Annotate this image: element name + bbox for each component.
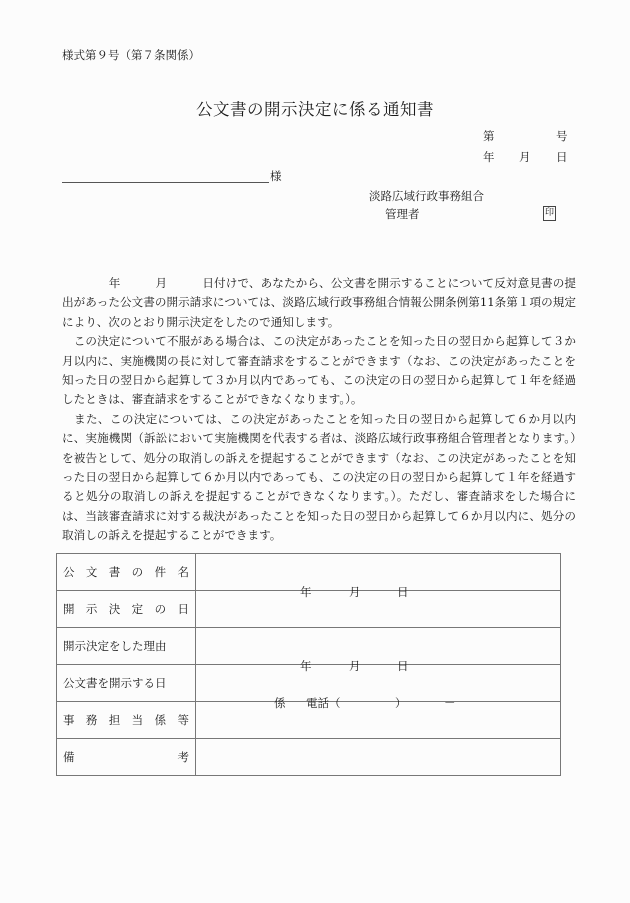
value-decision-date[interactable]: 年 月 日 [196, 591, 561, 628]
label-disclosure-date: 公文書を開示する日 [57, 665, 196, 702]
number-suffix: 号 [556, 128, 568, 144]
addressee-line[interactable] [62, 182, 269, 183]
value-remarks[interactable] [196, 739, 561, 776]
value-document-name[interactable] [196, 554, 561, 591]
section-label: 係 [274, 695, 286, 711]
label-decision-date: 開 示 決 定 の 日 [57, 591, 196, 628]
body-text: 年 月 日付けで、あなたから、公文書を開示することについて反対意見書の提出があっ… [62, 274, 576, 546]
date-month: 月 [519, 149, 531, 165]
sender-organization: 淡路広域行政事務組合 [369, 188, 484, 204]
label-document-name: 公 文 書 の 件 名 [57, 554, 196, 591]
table-row-contact: 事 務 担 当 係 等 係 電話（ ） － [57, 702, 561, 739]
label-contact: 事 務 担 当 係 等 [57, 702, 196, 739]
value-disclosure-date[interactable]: 年 月 日 [196, 665, 561, 702]
value-contact[interactable]: 係 電話（ ） － [196, 702, 561, 739]
document-title: 公文書の開示決定に係る通知書 [0, 96, 630, 120]
details-table: 公 文 書 の 件 名 開 示 決 定 の 日 年 月 日 [56, 553, 561, 776]
label-decision-reason: 開示決定をした理由 [57, 628, 196, 665]
seal-icon: 印 [543, 206, 556, 221]
date-day: 日 [556, 149, 568, 165]
label-remarks: 備 考 [57, 739, 196, 776]
body-paragraph-2: この決定について不服がある場合は、この決定があったことを知った日の翌日から起算し… [62, 332, 576, 410]
date-year: 年 [483, 149, 495, 165]
phone-label: 電話（ [306, 695, 341, 711]
value-decision-reason[interactable] [196, 628, 561, 665]
form-number: 様式第９号（第７条関係） [62, 47, 200, 63]
sender-title: 管理者 [385, 206, 420, 222]
table-row-remarks: 備 考 [57, 739, 561, 776]
body-paragraph-3: また、この決定については、この決定があったことを知った日の翌日から起算して６か月… [62, 410, 576, 546]
addressee-honorific: 様 [270, 168, 282, 184]
body-paragraph-1: 年 月 日付けで、あなたから、公文書を開示することについて反対意見書の提出があっ… [62, 274, 576, 332]
table-row-decision-date: 開 示 決 定 の 日 年 月 日 [57, 591, 561, 628]
number-prefix: 第 [483, 128, 495, 144]
